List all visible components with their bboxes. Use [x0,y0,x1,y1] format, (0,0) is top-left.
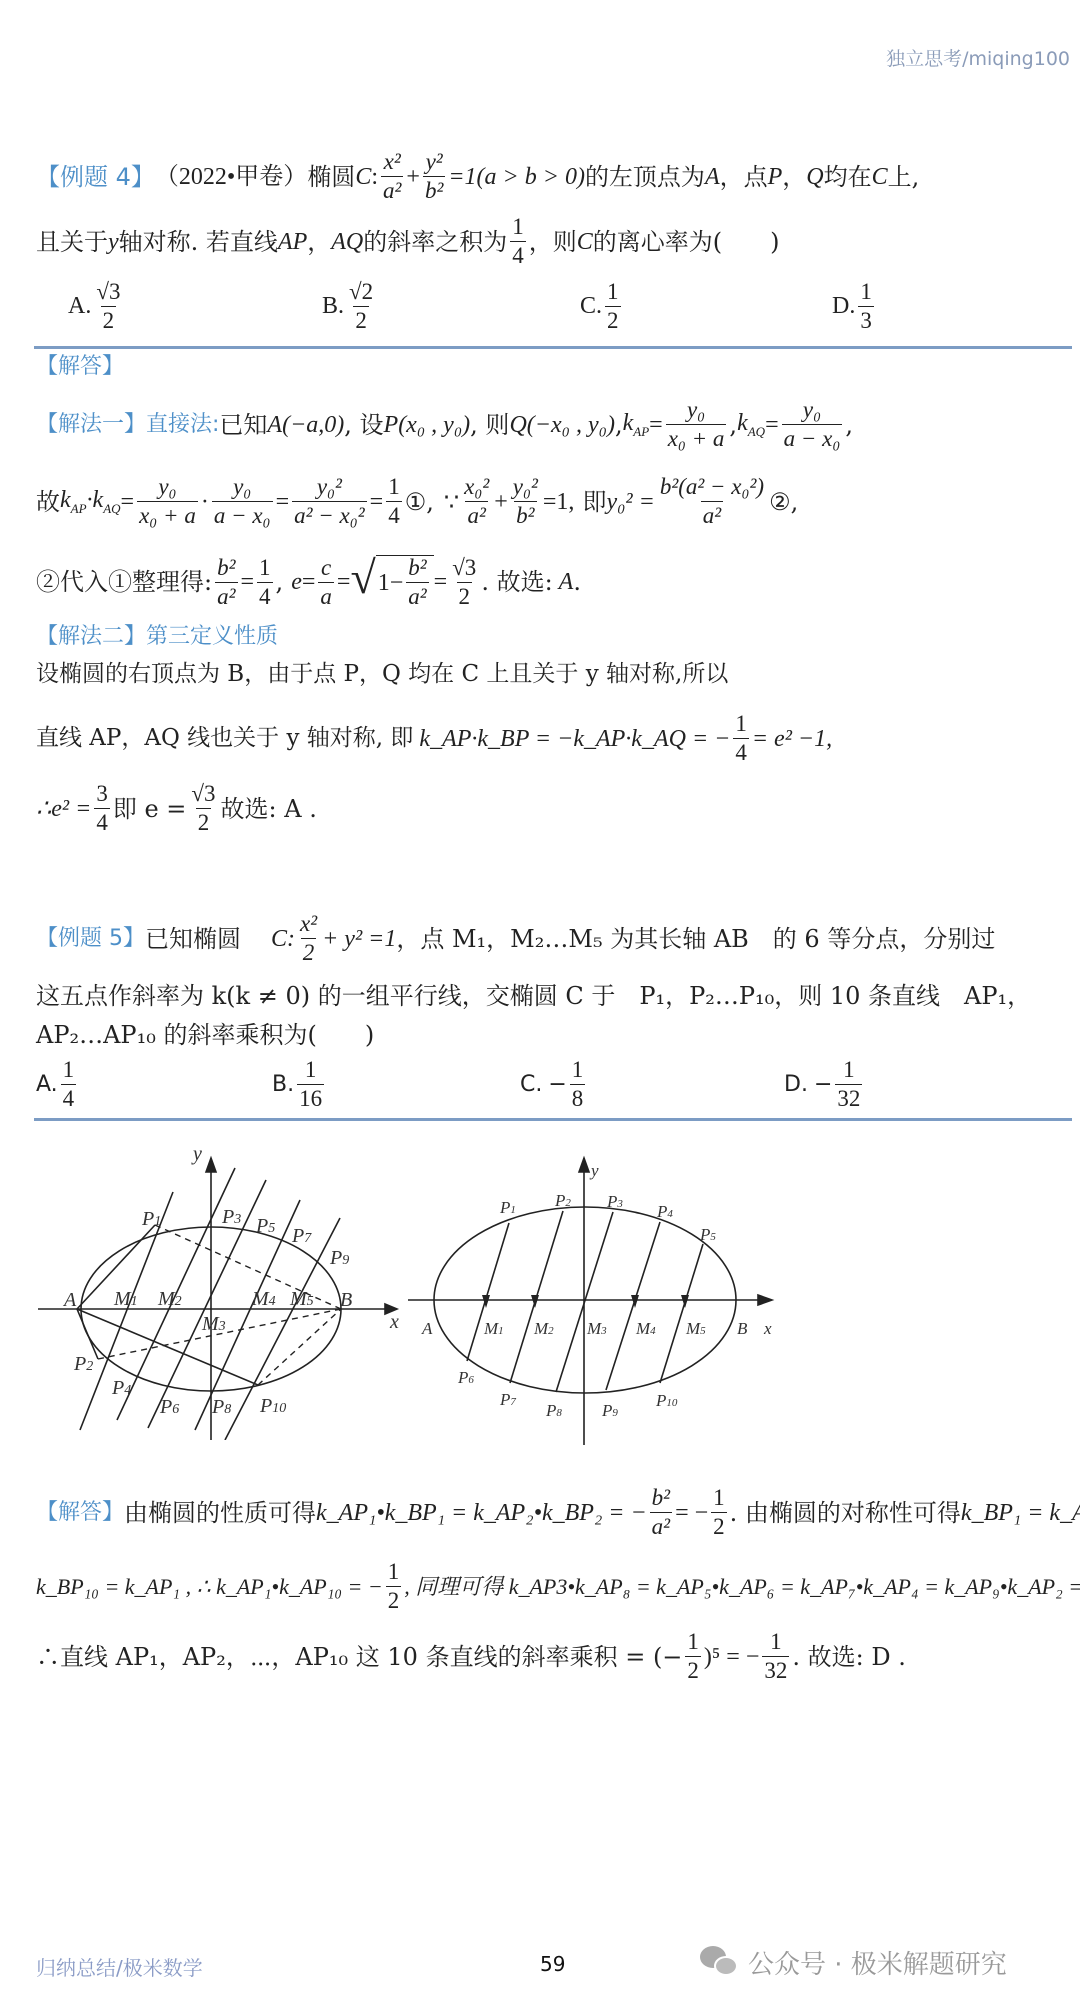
fraction: 116 [297,1058,324,1111]
option-label: A. [68,293,91,320]
svg-text:P7: P7 [291,1225,312,1247]
svg-text:P8: P8 [211,1396,231,1418]
fraction: √22 [347,280,375,333]
svg-text:B: B [737,1319,748,1338]
math-var: C [355,165,371,189]
math-var: A [705,165,720,189]
fraction: y₀²a² − x₀² [292,475,367,528]
fraction: 132 [762,1630,789,1683]
text: ，点 [720,165,768,189]
fraction: y²b² [423,150,445,203]
example4-option-d[interactable]: D. 13 [832,280,877,333]
math-expr: k_AP₁•k_BP₁ = k_AP₂•k_BP₂ = − [316,1501,647,1525]
example4-option-a[interactable]: A. √32 [68,280,125,333]
text: ，则 [529,230,577,254]
separator [34,1118,1072,1121]
math-var: Q [806,165,823,189]
ellipse-figure-right: y x A B M1 M2 M3 M4 M5 P1 P2 P3 P4 P5 P6… [400,1140,780,1450]
fraction: y₀a − x₀ [212,475,273,528]
math-expr: + y² =1 [322,927,396,951]
text: 直线 AP，AQ 线也关于 y 轴对称, 即 [36,727,413,750]
example5-option-b[interactable]: B. 116 [272,1058,327,1111]
svg-text:P5: P5 [255,1215,275,1237]
svg-text:M1: M1 [483,1319,504,1338]
math-op: + [494,490,508,514]
math-op: = [241,570,255,594]
fraction: 14 [61,1058,77,1111]
example5-option-a[interactable]: A. 14 [36,1058,79,1111]
wechat-icon [700,1946,740,1980]
text: 的离心率为( ) [593,230,780,254]
math-op: = [434,570,448,594]
math-expr: k_BP₁ = k_AP₁₀ , [961,1501,1080,1525]
slope-kap: kAP [623,411,650,438]
separator [34,346,1072,349]
option-label: D. [832,293,855,320]
fraction: b²a² [650,1486,672,1539]
text: . 故选: D . [792,1645,905,1669]
text: . 由椭圆的对称性可得 [730,1501,961,1525]
math-op: = [302,570,316,594]
math-expr: k_BP₁₀ = k_AP₁ , ∴ k_AP₁•k_AP₁₀ = − [36,1576,383,1598]
math-var: e [291,570,302,594]
text: , 则 [470,413,509,437]
fraction: x₀²a² [462,475,491,528]
method2-line2: 直线 AP，AQ 线也关于 y 轴对称, 即 k_AP·k_BP = −k_AP… [36,712,832,765]
math-op: : [371,165,378,189]
math-expr: , 同理可得 k_AP3•k_AP₈ = k_AP₅•k_AP₆ = k_AP₇… [404,1576,1080,1598]
svg-text:P10: P10 [259,1395,286,1417]
text: ， [782,165,806,189]
example4-option-c[interactable]: C. 12 [580,280,624,333]
fraction: y₀a − x₀ [782,398,843,451]
text: , 设 [344,413,383,437]
answer: A [559,570,574,594]
fraction: √32 [450,556,478,609]
text: 轴对称. 若直线 [119,230,278,254]
fraction: 14 [510,215,526,268]
fraction: 12 [605,280,621,333]
text: . [573,570,581,594]
ellipse-figure-left: y x A B M1 M2 M3 M4 M5 P1 P3 P5 P7 P9 P2… [30,1140,410,1440]
text: 故选: A . [221,797,317,821]
math-op: = [337,570,351,594]
svg-text:P7: P7 [499,1390,516,1409]
fraction: y₀x₀ + a [666,398,727,451]
fraction: 34 [94,782,110,835]
fraction: 13 [858,280,874,333]
math-expr: Q(−x₀ , y₀) [509,413,615,437]
example4-line2: 且关于 y 轴对称. 若直线 AP ， AQ 的斜率之积为 14 ，则 C 的离… [36,215,780,268]
solution4-method1-line1: 【解法一】直接法: 已知 A(−a,0) , 设 P(x₀ , y₀) , 则 … [36,398,853,451]
fraction: 12 [386,1560,402,1613]
svg-text:P9: P9 [329,1247,349,1269]
svg-text:P2: P2 [73,1353,93,1375]
math-var: AQ [331,230,363,254]
math-op: = [276,490,290,514]
method2-line1: 设椭圆的右顶点为 B，由于点 P，Q 均在 C 上且关于 y 轴对称,所以 [36,663,728,686]
example5-line1: 【例题 5】 已知椭圆 C: x²2 + y² =1 ，点 M₁，M₂…M₅ 为… [36,912,995,965]
math-var: C [872,165,888,189]
square-root: √ 1− b²a² [350,555,433,609]
fraction: y₀x₀ + a [137,475,198,528]
slope-kaq: kAQ [737,411,765,438]
svg-text:P4: P4 [111,1377,131,1399]
svg-text:M3: M3 [586,1319,607,1338]
example5-line3: AP₂…AP₁₀ 的斜率乘积为( ) [36,1023,374,1047]
fraction: √32 [94,280,122,333]
example5-option-d[interactable]: D. − 132 [784,1058,865,1111]
solution5-line2: k_BP₁₀ = k_AP₁ , ∴ k_AP₁•k_AP₁₀ = − 12 ,… [36,1560,1080,1613]
svg-text:B: B [340,1289,352,1311]
math-op: = [649,413,663,437]
math-op: = [370,490,384,514]
math-expr: ∴e² = [36,797,91,821]
text: 上, [888,165,920,189]
text: , [615,413,623,437]
fraction: b²(a² − x₀²)a² [658,475,766,528]
fraction: √32 [189,782,217,835]
option-label: D. [784,1072,808,1097]
sign: − [814,1072,832,1097]
solution4-method1-line3: ②代入①整理得: b²a² = 14 , e = ca = √ 1− b²a² … [36,555,581,609]
text: . 故选: [481,570,552,594]
solution5-line3: ∴直线 AP₁，AP₂，⋯，AP₁₀ 这 10 条直线的斜率乘积 = (− 12… [36,1630,906,1683]
text: 的斜率之积为 [363,230,507,254]
fraction: x²2 [298,912,319,965]
text: 的左顶点为 [585,165,705,189]
option-label: A. [36,1072,58,1097]
method2-line3: ∴e² = 34 即 e = √32 故选: A . [36,782,317,835]
math-expr: = e² −1, [752,727,832,751]
text: ①, [405,490,434,514]
svg-text:A: A [62,1289,77,1311]
text: 即 [582,490,606,514]
math-op: ∵ [444,490,459,514]
example5-option-c[interactable]: C. − 18 [520,1058,588,1111]
option-label: B. [322,293,344,320]
fraction: b²a² [215,556,237,609]
math-op: · [201,490,209,514]
text: , [276,570,284,594]
method1-tag: 【解法一】直接法: [36,414,219,436]
svg-text:M2: M2 [533,1319,554,1338]
math-var: AP [278,230,307,254]
math-op: = [765,413,779,437]
page-number: 59 [540,1952,565,1976]
solution4-heading: 【解答】 [36,356,124,378]
svg-text:P1: P1 [499,1198,516,1217]
example5-line2: 这五点作斜率为 k(k ≠ 0) 的一组平行线，交椭圆 C 于 P₁，P₂…P₁… [36,984,1031,1008]
fraction: y₀²b² [511,475,540,528]
option-label: B. [272,1072,294,1097]
text: , [845,413,853,437]
text: ， [307,230,331,254]
math-op: + [406,165,420,189]
svg-text:M5: M5 [289,1288,314,1310]
text: ，点 M₁，M₂…M₅ 为其长轴 AB 的 6 等分点，分别过 [396,927,995,951]
svg-text:P5: P5 [699,1225,716,1244]
fraction: ca [318,556,334,609]
footer-left-text: 归纳总结/极米数学 [36,1952,203,1981]
math-expr: A(−a,0) [267,413,344,437]
text: 均在 [824,165,872,189]
fraction: x²a² [381,150,403,203]
math-expr: k_AP·k_BP = −k_AP·k_AQ = − [419,727,730,751]
footer-wechat-account[interactable]: 公众号 · 极米解题研究 [700,1944,1007,1981]
axis-label-y: y [191,1143,202,1165]
fraction: 14 [257,556,273,609]
svg-text:M4: M4 [635,1319,656,1338]
text: 即 e = [113,797,187,821]
math-expr: =1(a > b > 0) [448,165,585,189]
fraction: 132 [835,1058,862,1111]
text: 故 [36,490,60,514]
svg-text:P2: P2 [554,1191,571,1210]
math-expr: y₀² = [606,490,654,514]
svg-text:P6: P6 [159,1396,179,1418]
math-var: P [768,165,783,189]
svg-text:M5: M5 [685,1319,706,1338]
svg-text:x: x [763,1319,772,1338]
svg-text:P6: P6 [457,1368,474,1387]
svg-text:P10: P10 [655,1391,678,1410]
solution5-line1: 【解答】 由椭圆的性质可得 k_AP₁•k_BP₁ = k_AP₂•k_BP₂ … [36,1486,1080,1539]
text: 已知 [219,413,267,437]
svg-text:P9: P9 [601,1401,618,1420]
text: 椭圆 [307,165,355,189]
math-var: C: [271,927,295,951]
example4-tag: 【例题 4】 [36,165,155,189]
option-label: C. [520,1072,542,1097]
solution4-method1-line2: 故 kAP·kAQ = y₀x₀ + a · y₀a − x₀ = y₀²a² … [36,475,798,528]
fraction: 12 [711,1486,727,1539]
svg-text:P1: P1 [141,1208,161,1230]
text: 且关于 [36,230,108,254]
text: ∴直线 AP₁，AP₂，⋯，AP₁₀ 这 10 条直线的斜率乘积 = (− [36,1645,682,1669]
example4-source: （2022•甲卷） [155,165,307,189]
math-expr: )⁵ = − [704,1645,759,1669]
math-op: = − [675,1501,708,1525]
solution5-heading: 【解答】 [36,1502,124,1524]
fraction: 12 [685,1630,701,1683]
svg-text:A: A [421,1319,433,1338]
text: 由椭圆的性质可得 [124,1501,316,1525]
example4-line1: 【例题 4】 （2022•甲卷） 椭圆 C : x²a² + y²b² =1(a… [36,150,919,203]
math-op: =1, [543,490,575,514]
svg-text:P3: P3 [606,1192,623,1211]
math-var: C [577,230,593,254]
example5-tag: 【例题 5】 [36,928,145,950]
svg-text:P3: P3 [221,1206,241,1228]
text: , [729,413,737,437]
math-op: = [121,490,135,514]
text: ②, [769,490,798,514]
svg-text:P8: P8 [545,1401,562,1420]
slope-product: kAP·kAQ [60,488,121,515]
math-expr: P(x₀ , y₀) [384,413,471,437]
text: ②代入①整理得: [36,570,212,594]
account-name: 公众号 · 极米解题研究 [748,1944,1007,1981]
text: 已知椭圆 [145,927,241,951]
fraction: 18 [570,1058,586,1111]
svg-text:P4: P4 [656,1202,673,1221]
svg-text:y: y [589,1161,599,1180]
sign: − [548,1072,566,1097]
option-label: C. [580,293,602,320]
example4-option-b[interactable]: B. √22 [322,280,378,333]
fraction: 14 [386,475,402,528]
method2-tag: 【解法二】第三定义性质 [36,626,278,648]
header-watermark: 独立思考/miqing100 [886,44,1070,71]
svg-text:M4: M4 [251,1288,276,1310]
fraction: 14 [733,712,749,765]
svg-text:M3: M3 [201,1313,226,1335]
math-var: y [108,230,119,254]
axis-label-x: x [389,1311,399,1333]
